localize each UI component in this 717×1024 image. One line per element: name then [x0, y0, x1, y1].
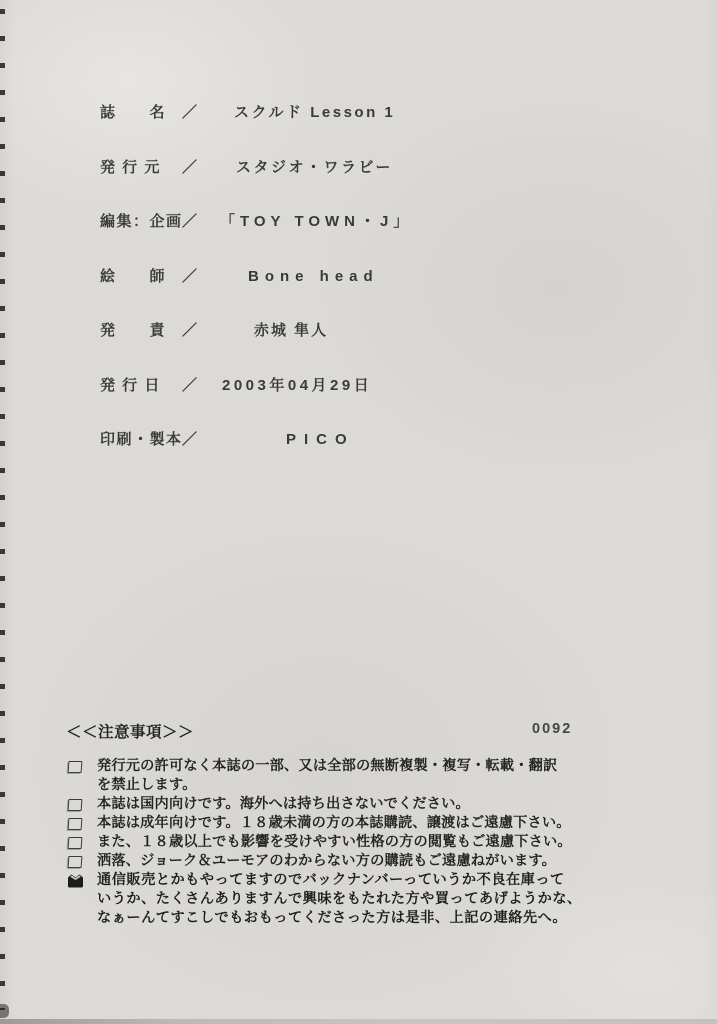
- binding-edge-artifacts: [0, 0, 5, 1010]
- notice-line: なぁーんてすこしでもおもってくださった方は是非、上記の連絡先へ。: [97, 909, 676, 928]
- credit-label: 絵 師: [100, 265, 182, 286]
- credit-value: PICO: [286, 431, 355, 448]
- credit-label: 編集：企画: [100, 210, 182, 231]
- notices-header: ＜＜注意事項＞＞ 0092: [66, 720, 676, 742]
- credit-row-artist: 絵 師 ／ Bone head: [100, 265, 413, 281]
- credit-label: 発 行 元: [100, 156, 182, 177]
- notice-line: 発行元の許可なく本誌の一部、又は全部の無断複製・複写・転載・翻訳: [97, 757, 676, 776]
- credit-separator: ／: [182, 428, 196, 449]
- credit-label: 印刷・製本: [100, 428, 182, 449]
- credit-row-issue-date: 発 行 日 ／ 2003年04月29日: [100, 374, 413, 390]
- credit-row-responsible: 発 責 ／ 赤城 隼人: [100, 319, 413, 335]
- scan-corner-artifact: [0, 1004, 9, 1018]
- book-marker-icon: [67, 874, 84, 888]
- credit-value: スタジオ・ワラビー: [236, 156, 393, 177]
- notice-line: 通信販売とかもやってますのでバックナンバーっていうか不良在庫って: [97, 871, 676, 890]
- notice-item-adults-only: 本誌は成年向けです。１８歳未満の方の本誌購読、譲渡はご遠慮下さい。: [66, 814, 676, 833]
- credit-row-printing: 印刷・製本 ／ PICO: [100, 428, 413, 444]
- notices-list: 発行元の許可なく本誌の一部、又は全部の無断複製・複写・転載・翻訳 を禁止します。…: [66, 757, 676, 928]
- credit-row-editing: 編集：企画 ／ 「TOY TOWN・J」: [100, 210, 413, 226]
- notices-section: ＜＜注意事項＞＞ 0092 発行元の許可なく本誌の一部、又は全部の無断複製・複写…: [66, 720, 676, 928]
- notice-line: また、１８歳以上でも影響を受けやすい性格の方の閲覧もご遠慮下さい。: [97, 833, 676, 852]
- credit-separator: ／: [182, 265, 196, 286]
- notice-line: いうか、たくさんありますんで興味をもたれた方や買ってあげようかな、: [97, 890, 676, 909]
- credit-separator: ／: [182, 156, 196, 177]
- credit-row-publisher: 発 行 元 ／ スタジオ・ワラビー: [100, 156, 413, 172]
- credit-separator: ／: [182, 101, 196, 122]
- credit-value: 「TOY TOWN・J」: [220, 210, 413, 231]
- page-number: 0092: [532, 721, 572, 737]
- notice-line: 洒落、ジョーク＆ユーモアのわからない方の購読もご遠慮ねがいます。: [97, 852, 676, 871]
- credit-separator: ／: [182, 210, 196, 231]
- scan-bottom-edge: [0, 1019, 717, 1024]
- notice-line: 本誌は国内向けです。海外へは持ち出さないでください。: [97, 795, 676, 814]
- notice-item-mail-order: 通信販売とかもやってますのでバックナンバーっていうか不良在庫って いうか、たくさ…: [66, 871, 676, 928]
- notice-item-domestic-only: 本誌は国内向けです。海外へは持ち出さないでください。: [66, 795, 676, 814]
- credit-value: 赤城 隼人: [254, 319, 328, 340]
- credit-row-title: 誌 名 ／ スクルド Lesson 1: [100, 101, 413, 117]
- credit-value: スクルド Lesson 1: [234, 101, 395, 122]
- checkbox-square-icon: [68, 761, 83, 773]
- notice-line: 本誌は成年向けです。１８歳未満の方の本誌購読、譲渡はご遠慮下さい。: [97, 814, 676, 833]
- notice-item-humor: 洒落、ジョーク＆ユーモアのわからない方の購読もご遠慮ねがいます。: [66, 852, 676, 871]
- credit-label: 誌 名: [100, 101, 182, 122]
- credit-separator: ／: [182, 374, 196, 395]
- notices-heading: ＜＜注意事項＞＞: [66, 724, 194, 741]
- credit-label: 発 責: [100, 319, 182, 340]
- checkbox-square-icon: [68, 818, 83, 830]
- checkbox-square-icon: [68, 856, 83, 868]
- notice-item-sensitive-readers: また、１８歳以上でも影響を受けやすい性格の方の閲覧もご遠慮下さい。: [66, 833, 676, 852]
- credit-separator: ／: [182, 319, 196, 340]
- credit-label: 発 行 日: [100, 374, 182, 395]
- notice-line: を禁止します。: [97, 776, 676, 795]
- credit-value: 2003年04月29日: [222, 374, 372, 395]
- notice-item-no-reproduction: 発行元の許可なく本誌の一部、又は全部の無断複製・複写・転載・翻訳 を禁止します。: [66, 757, 676, 795]
- scanned-colophon-page: 誌 名 ／ スクルド Lesson 1 発 行 元 ／ スタジオ・ワラビー 編集…: [0, 0, 717, 1024]
- colophon-credits: 誌 名 ／ スクルド Lesson 1 発 行 元 ／ スタジオ・ワラビー 編集…: [100, 101, 413, 483]
- checkbox-square-icon: [68, 799, 83, 811]
- checkbox-square-icon: [68, 837, 83, 849]
- credit-value: Bone head: [248, 268, 379, 285]
